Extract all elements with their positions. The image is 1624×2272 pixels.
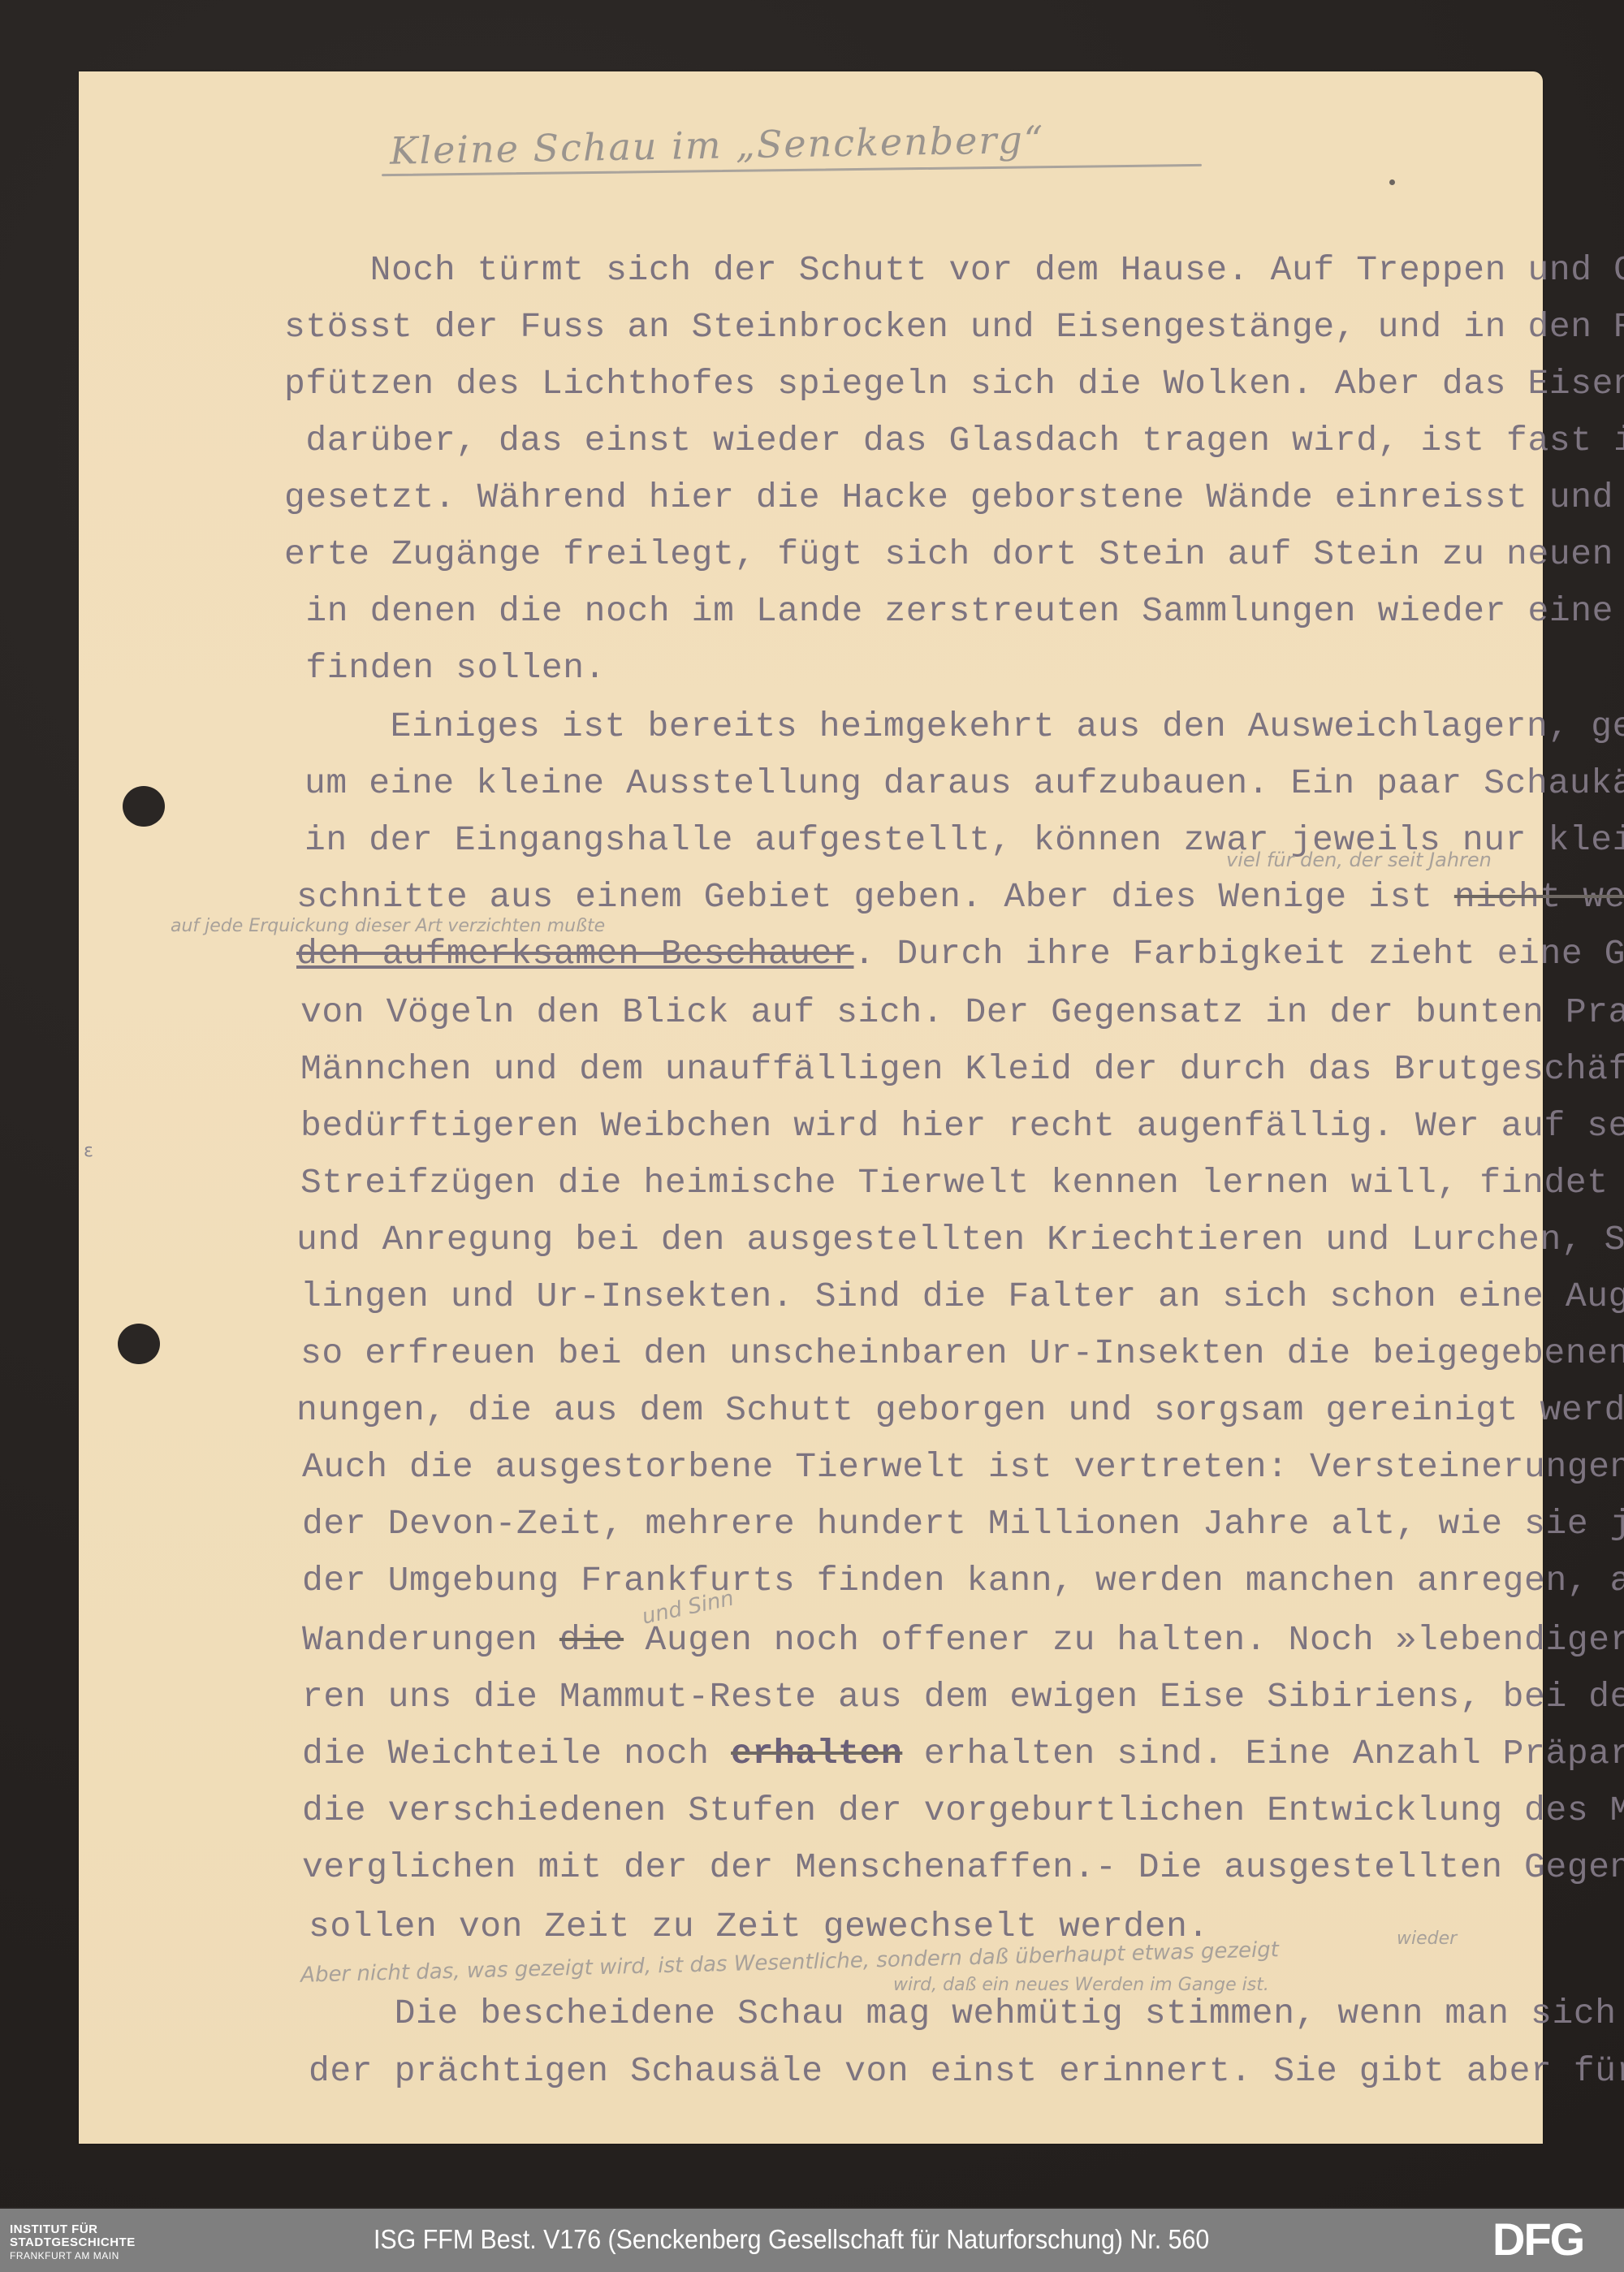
overtyped-text: erhalten <box>731 1734 902 1773</box>
text-line-27-main: die Weichteile noch <box>302 1734 731 1773</box>
text-line-19: lingen und Ur-Insekten. Sind die Falter … <box>300 1276 1624 1317</box>
text-line-14: von Vögeln den Blick auf sich. Der Gegen… <box>300 992 1624 1033</box>
text-line-12: schnitte aus einem Gebiet geben. Aber di… <box>296 877 1624 918</box>
text-line-21: nungen, die aus dem Schutt geborgen und … <box>296 1390 1624 1431</box>
annotation-above-line12: viel für den, der seit Jahren <box>1226 849 1492 871</box>
text-line-28: die verschiedenen Stufen der vorgeburtli… <box>302 1790 1624 1831</box>
struck-underlined-text: den aufmerksamen Beschauer <box>296 934 854 974</box>
text-line-30: sollen von Zeit zu Zeit gewechselt werde… <box>309 1907 1209 1947</box>
text-line-31: Die bescheidene Schau mag wehmütig stimm… <box>309 1993 1624 2034</box>
text-line-27-suffix: erhalten sind. Eine Anzahl Präparate zei… <box>902 1734 1624 1773</box>
margin-mark: ε <box>84 1141 93 1161</box>
text-line-15: Männchen und dem unauffälligen Kleid der… <box>300 1049 1624 1090</box>
punch-hole-bottom <box>118 1324 160 1364</box>
text-line-25-suffix: Augen noch offener zu halten. Noch »lebe… <box>624 1620 1624 1660</box>
text-line-13-suffix: . Durch ihre Farbigkeit zieht eine Grupp… <box>854 934 1624 974</box>
text-line-4: darüber, das einst wieder das Glasdach t… <box>284 421 1624 461</box>
institution-line-3: FRANKFURT AM MAIN <box>10 2249 136 2262</box>
text-line-32: der prächtigen Schausäle von einst erinn… <box>309 2051 1624 2092</box>
text-line-29: verglichen mit der der Menschenaffen.- D… <box>302 1847 1624 1888</box>
annotation-line-b: wird, daß ein neues Werden im Gange ist. <box>893 1975 1269 1995</box>
text-line-23: der Devon-Zeit, mehrere hundert Millione… <box>302 1504 1624 1544</box>
struck-text: nicht wenig für <box>1454 877 1624 917</box>
text-line-6: erte Zugänge freilegt, fügt sich dort St… <box>284 534 1624 575</box>
text-line-24: der Umgebung Frankfurts finden kann, wer… <box>302 1561 1624 1601</box>
text-line-17: Streifzügen die heimische Tierwelt kenne… <box>300 1163 1624 1203</box>
text-line-9: Einiges ist bereits heimgekehrt aus den … <box>304 706 1624 747</box>
text-line-18: und Anregung bei den ausgestellten Kriec… <box>296 1220 1624 1260</box>
text-line-25: Wanderungen die Augen noch offener zu ha… <box>302 1620 1624 1661</box>
text-line-3: pfützen des Lichthofes spiegeln sich die… <box>284 364 1624 404</box>
text-line-2: stösst der Fuss an Steinbrocken und Eise… <box>284 307 1624 348</box>
archive-footer: INSTITUT FÜR STADTGESCHICHTE FRANKFURT A… <box>0 2209 1624 2272</box>
annotation-wieder: wieder <box>1397 1929 1457 1949</box>
archive-caption: ISG FFM Best. V176 (Senckenberg Gesellsc… <box>374 2223 1209 2256</box>
text-line-1: Noch türmt sich der Schutt vor dem Hause… <box>284 250 1624 291</box>
text-line-22: Auch die ausgestorbene Tierwelt ist vert… <box>302 1447 1624 1488</box>
institution-line-2: STADTGESCHICHTE <box>10 2236 136 2249</box>
text-line-5: gesetzt. Während hier die Hacke geborste… <box>284 477 1624 518</box>
institution-logo: INSTITUT FÜR STADTGESCHICHTE FRANKFURT A… <box>10 2223 136 2262</box>
text-line-13: den aufmerksamen Beschauer. Durch ihre F… <box>296 934 1624 974</box>
text-line-8: finden sollen. <box>284 648 606 689</box>
text-line-12-main: schnitte aus einem Gebiet geben. Aber di… <box>296 877 1454 917</box>
text-line-20: so erfreuen bei den unscheinbaren Ur-Ins… <box>300 1333 1624 1374</box>
text-line-10: um eine kleine Ausstellung daraus aufzub… <box>304 763 1624 804</box>
text-line-25-main: Wanderungen <box>302 1620 559 1660</box>
text-line-26: ren uns die Mammut-Reste aus dem ewigen … <box>302 1677 1624 1717</box>
institution-line-1: INSTITUT FÜR <box>10 2223 136 2236</box>
punch-hole-top <box>123 786 165 827</box>
dfg-logo: DFG <box>1492 2215 1583 2264</box>
struck-text: die <box>559 1620 624 1660</box>
text-line-7: in denen die noch im Lande zerstreuten S… <box>284 591 1624 632</box>
text-line-27: die Weichteile noch erhalten erhalten si… <box>302 1734 1624 1774</box>
ink-dot <box>1389 179 1395 185</box>
text-line-16: bedürftigeren Weibchen wird hier recht a… <box>300 1106 1624 1147</box>
